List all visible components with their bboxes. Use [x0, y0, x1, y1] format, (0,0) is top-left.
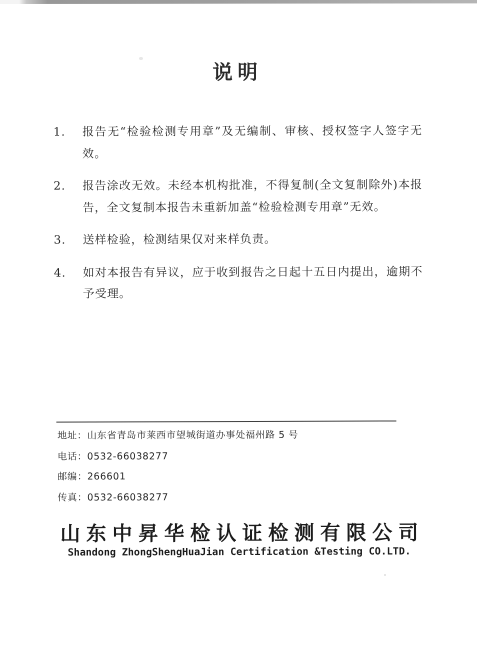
contact-value: 0532-66038277 [87, 492, 168, 503]
note-item-3: 3. 送样检验，检测结果仅对来样负责。 [54, 228, 423, 251]
note-text: 如对本报告有异议，应于收到报告之日起十五日内提出，逾期不予受理。 [83, 261, 423, 305]
document-body: 说明 1. 报告无“检验检测专用章”及无编制、审核、授权签字人签字无效。 2. … [0, 0, 477, 659]
note-item-2: 2. 报告涂改无效。未经本机构批准，不得复制(全文复制除外)本报告，全文复制本报… [53, 174, 422, 218]
note-text: 报告涂改无效。未经本机构批准，不得复制(全文复制除外)本报告，全文复制本报告未重… [82, 174, 422, 218]
page-title: 说明 [0, 55, 476, 86]
contact-label: 邮编： [57, 472, 87, 483]
report-notes-page: 说明 1. 报告无“检验检测专用章”及无编制、审核、授权签字人签字无效。 2. … [0, 0, 477, 659]
note-item-1: 1. 报告无“检验检测专用章”及无编制、审核、授权签字人签字无效。 [53, 120, 422, 164]
notes-list: 1. 报告无“检验检测专用章”及无编制、审核、授权签字人签字无效。 2. 报告涂… [53, 120, 423, 316]
note-number: 1. [53, 122, 82, 165]
note-number: 3. [54, 230, 83, 252]
note-number: 2. [53, 176, 82, 219]
contact-value: 山东省青岛市莱西市望城街道办事处福州路 5 号 [87, 430, 298, 442]
contact-label: 地址： [57, 431, 87, 442]
note-text: 送样检验，检测结果仅对来样负责。 [83, 228, 423, 251]
company-name-cn: 山东中昇华检认证检测有限公司 [1, 516, 477, 547]
contact-label: 电话： [57, 451, 87, 462]
footer-divider [56, 420, 396, 422]
contact-line-fax: 传真：0532-66038277 [58, 491, 299, 504]
contact-line-phone: 电话：0532-66038277 [57, 450, 298, 463]
contact-line-postcode: 邮编：266601 [57, 471, 298, 484]
note-number: 4. [54, 262, 83, 305]
contact-value: 266601 [87, 471, 126, 482]
company-name-en: Shandong ZhongShengHuaJian Certification… [1, 546, 477, 559]
contact-value: 0532-66038277 [87, 451, 168, 462]
contact-line-address: 地址：山东省青岛市莱西市望城街道办事处福州路 5 号 [57, 430, 298, 443]
note-text: 报告无“检验检测专用章”及无编制、审核、授权签字人签字无效。 [82, 120, 422, 164]
contact-block: 地址：山东省青岛市莱西市望城街道办事处福州路 5 号 电话：0532-66038… [57, 430, 298, 513]
contact-label: 传真： [58, 492, 88, 503]
note-item-4: 4. 如对本报告有异议，应于收到报告之日起十五日内提出，逾期不予受理。 [54, 261, 423, 305]
